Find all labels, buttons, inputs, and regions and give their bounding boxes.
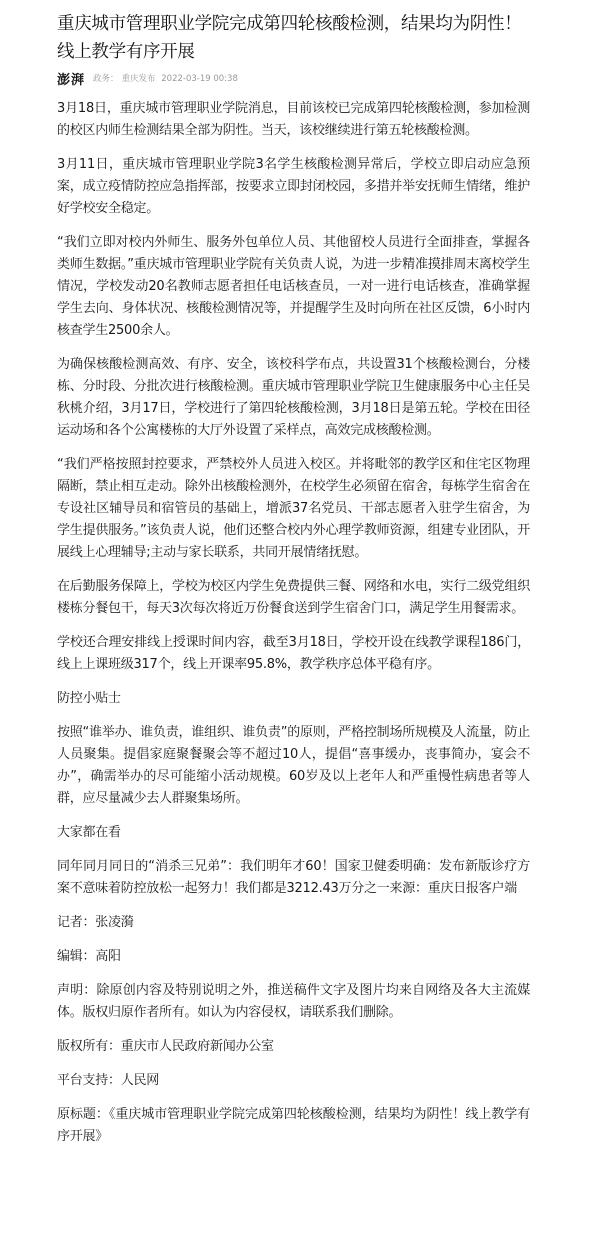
paragraph: 学校还合理安排线上授课时间内容，截至3月18日，学校开设在线教学课程186门，线… — [57, 632, 530, 676]
article-meta: 澎湃 政务：重庆发布 2022-03-19 00:38 — [57, 68, 530, 88]
meta-channel: 政务： — [93, 74, 119, 84]
source-logo[interactable]: 澎湃 — [57, 69, 85, 88]
paragraph: 在后勤服务保障上，学校为校区内学生免费提供三餐、网络和水电，实行二级党组织楼栋分… — [57, 576, 530, 620]
original-title: 原标题：《重庆城市管理职业学院完成第四轮核酸检测，结果均为阴性！线上教学有序开展… — [57, 1104, 530, 1148]
article-body: 3月18日，重庆城市管理职业学院消息，目前该校已完成第四轮核酸检测，参加检测的校… — [57, 98, 530, 1148]
article: 重庆城市管理职业学院完成第四轮核酸检测，结果均为阴性！线上教学有序开展 澎湃 政… — [0, 0, 530, 1148]
meta-datetime: 2022-03-19 00:38 — [161, 74, 238, 84]
reporter-credit: 记者：张凌漪 — [57, 912, 530, 934]
article-title: 重庆城市管理职业学院完成第四轮核酸检测，结果均为阴性！线上教学有序开展 — [57, 10, 530, 66]
quote-paragraph: “我们立即对校内外师生、服务外包单位人员、其他留校人员进行全面排查，掌握各类师生… — [57, 232, 530, 342]
disclaimer: 声明：除原创内容及特别说明之外，推送稿件文字及图片均来自网络及各大主流媒体。版权… — [57, 980, 530, 1024]
paragraph: 按照“谁举办、谁负责，谁组织、谁负责”的原则，严格控制场所规模及人流量，防止人员… — [57, 722, 530, 810]
section-heading-tips: 防控小贴士 — [57, 688, 530, 710]
meta-info: 政务：重庆发布 2022-03-19 00:38 — [93, 72, 241, 84]
platform-support: 平台支持：人民网 — [57, 1070, 530, 1092]
quote-paragraph: “我们严格按照封控要求，严禁校外人员进入校区。并将毗邻的教学区和住宅区物理隔断，… — [57, 454, 530, 564]
related-links[interactable]: 同年同月同日的“消杀三兄弟”：我们明年才60！国家卫健委明确：发布新版诊疗方案不… — [57, 856, 530, 900]
section-heading-trending: 大家都在看 — [57, 822, 530, 844]
paragraph: 为确保核酸检测高效、有序、安全，该校科学布点，共设置31个核酸检测台，分楼栋、分… — [57, 354, 530, 442]
copyright: 版权所有：重庆市人民政府新闻办公室 — [57, 1036, 530, 1058]
meta-publisher[interactable]: 重庆发布 — [122, 74, 156, 84]
paragraph: 3月18日，重庆城市管理职业学院消息，目前该校已完成第四轮核酸检测，参加检测的校… — [57, 98, 530, 142]
editor-credit: 编辑：高阳 — [57, 946, 530, 968]
paragraph: 3月11日，重庆城市管理职业学院3名学生核酸检测异常后，学校立即启动应急预案，成… — [57, 154, 530, 220]
